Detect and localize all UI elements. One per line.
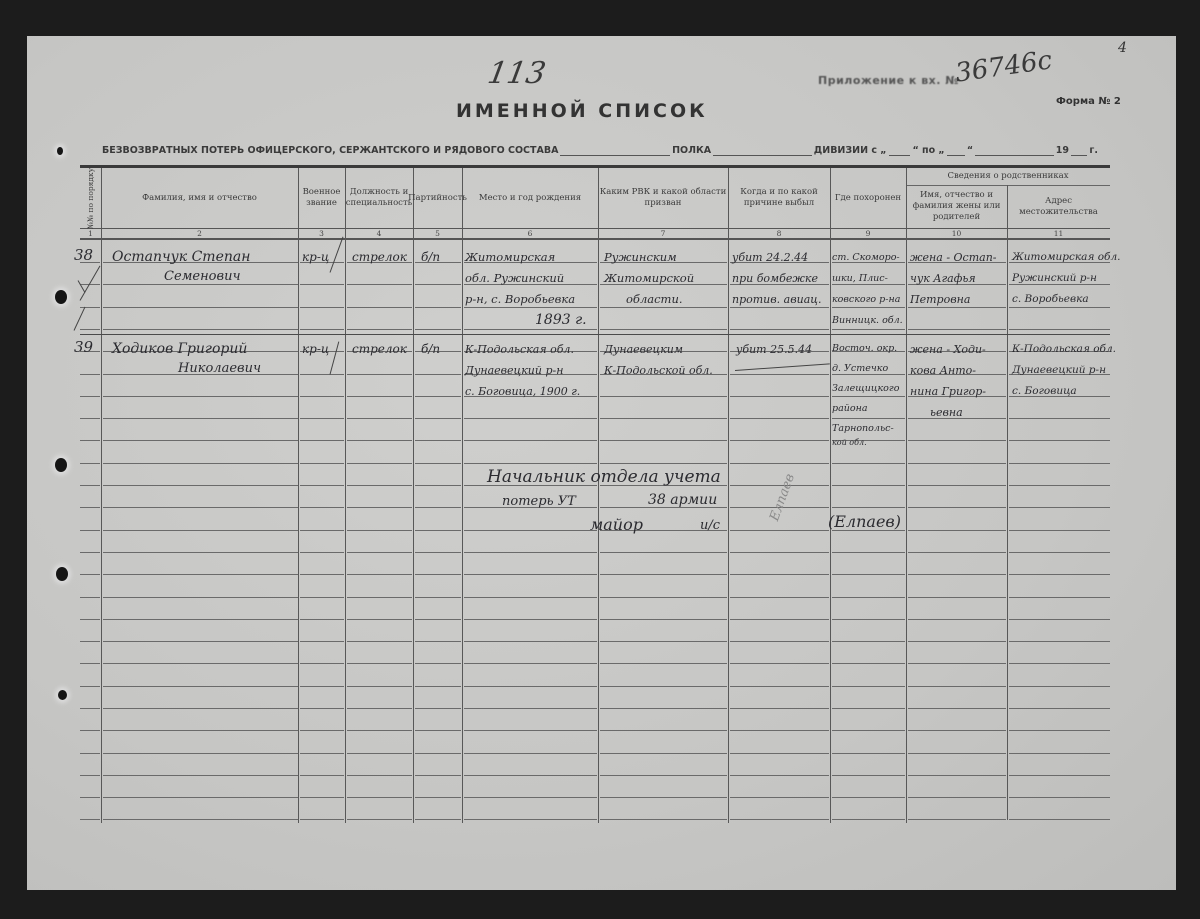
ruled-line: [103, 753, 298, 754]
ruled-line: [1009, 418, 1110, 419]
row-38-name: Остапчук Степан Семенович: [112, 247, 250, 287]
ruled-line: [415, 819, 461, 820]
ruled-line: [600, 329, 727, 330]
ruled-line: [300, 663, 344, 664]
ruled-line: [415, 463, 461, 464]
subtitle-regiment: ПОЛКА: [670, 145, 713, 156]
colnum-divider: [80, 238, 1110, 240]
ruled-line: [415, 619, 461, 620]
ruled-line: [464, 663, 597, 664]
ruled-line: [730, 329, 829, 330]
colnum-2: 2: [101, 229, 298, 238]
colnum-4: 4: [345, 229, 413, 238]
ruled-line: [80, 686, 100, 687]
ruled-line: [80, 507, 100, 508]
col-line: [101, 168, 102, 823]
ruled-line: [415, 708, 461, 709]
subtitle-to: “ по „: [910, 145, 946, 156]
header-col-10: Имя, отчество и фамилия жены или родител…: [906, 185, 1007, 228]
colnum-8: 8: [728, 229, 830, 238]
ruled-line: [347, 619, 412, 620]
ruled-line: [300, 797, 344, 798]
ruled-line: [347, 374, 412, 375]
ruled-line: [415, 530, 461, 531]
ruled-line: [80, 753, 100, 754]
row-39-position: стрелок: [352, 339, 407, 359]
ruled-line: [415, 440, 461, 441]
row-38-number: 38: [74, 246, 93, 264]
ruled-line: [80, 730, 100, 731]
header-col-6: Место и год рождения: [462, 168, 598, 228]
row-38-when-why: убит 24.2.44 при бомбежке против. авиац.: [732, 247, 821, 310]
ruled-line: [600, 597, 727, 598]
ruled-line: [415, 775, 461, 776]
ruled-line: [730, 775, 829, 776]
ruled-line: [80, 396, 100, 397]
ruled-line: [300, 307, 344, 308]
punch-hole: [57, 147, 63, 155]
ruled-line: [415, 753, 461, 754]
ruled-line: [415, 797, 461, 798]
ruled-line: [80, 641, 100, 642]
ruled-line: [103, 619, 298, 620]
ruled-line: [730, 530, 829, 531]
ruled-line: [300, 463, 344, 464]
row-39-number: 39: [74, 338, 93, 356]
ruled-line: [464, 708, 597, 709]
ruled-line: [103, 552, 298, 553]
ruled-line: [908, 730, 1006, 731]
ruled-line: [600, 396, 727, 397]
ruled-line: [600, 663, 727, 664]
ruled-line: [80, 485, 100, 486]
ruled-line: [730, 730, 829, 731]
header-col-3: Военное звание: [298, 168, 345, 228]
ruled-line: [832, 663, 905, 664]
ruled-line: [347, 597, 412, 598]
ruled-line: [103, 819, 298, 820]
ruled-line: [300, 396, 344, 397]
ruled-line: [908, 819, 1006, 820]
ruled-line: [1009, 797, 1110, 798]
ruled-line: [600, 552, 727, 553]
ruled-line: [347, 552, 412, 553]
ruled-line: [415, 307, 461, 308]
col-line: [1007, 185, 1008, 820]
ruled-line: [347, 418, 412, 419]
ruled-line: [464, 819, 597, 820]
ruled-line: [464, 730, 597, 731]
ruled-line: [908, 797, 1006, 798]
ruled-line: [1009, 552, 1110, 553]
ruled-line: [464, 597, 597, 598]
signature-rank: майор: [590, 515, 643, 534]
stamp-text: Приложение к вх. №: [818, 74, 959, 87]
ruled-line: [103, 530, 298, 531]
ruled-line: [464, 619, 597, 620]
colnum-1: 1: [80, 229, 101, 238]
ruled-line: [103, 440, 298, 441]
ruled-line: [80, 797, 100, 798]
form-label: Форма № 2: [1056, 96, 1121, 107]
ruled-line: [415, 374, 461, 375]
ruled-line: [415, 663, 461, 664]
ruled-line: [415, 507, 461, 508]
subtitle-quote: “: [965, 145, 975, 156]
ruled-line: [347, 440, 412, 441]
ruled-line: [347, 730, 412, 731]
ruled-line: [300, 284, 344, 285]
ruled-line: [415, 730, 461, 731]
ruled-line: [730, 440, 829, 441]
col-line: [462, 168, 463, 823]
ruled-line: [908, 507, 1006, 508]
ruled-line: [300, 686, 344, 687]
ruled-line: [832, 574, 905, 575]
ruled-line: [730, 663, 829, 664]
ruled-line: [300, 775, 344, 776]
colnum-6: 6: [462, 229, 598, 238]
ruled-line: [1009, 753, 1110, 754]
ruled-line: [600, 730, 727, 731]
ruled-line: [347, 775, 412, 776]
ruled-line: [600, 797, 727, 798]
header-col-4: Должность и специальность: [345, 168, 413, 228]
ruled-line: [1009, 597, 1110, 598]
ruled-line: [103, 574, 298, 575]
ruled-line: [347, 686, 412, 687]
ruled-line: [600, 708, 727, 709]
ruled-line: [300, 374, 344, 375]
signature-title-line2-left: потерь УТ: [502, 494, 576, 509]
ruled-line: [80, 574, 100, 575]
ruled-line: [80, 819, 100, 820]
ruled-line: [1009, 708, 1110, 709]
ruled-line: [600, 753, 727, 754]
ruled-line: [300, 619, 344, 620]
ruled-line: [464, 418, 597, 419]
ruled-line: [600, 418, 727, 419]
ruled-line: [415, 597, 461, 598]
ruled-line: [103, 730, 298, 731]
ruled-line: [80, 775, 100, 776]
row-39-buried: Восточ. окр. д. Устечко Залещицкого райо…: [832, 339, 899, 447]
header-relatives-group: Сведения о родственниках: [906, 168, 1110, 185]
ruled-line: [730, 374, 829, 375]
header-col-2: Фамилия, имя и отчество: [101, 168, 298, 228]
ruled-line: [600, 619, 727, 620]
ruled-line: [300, 574, 344, 575]
ruled-line: [347, 463, 412, 464]
ruled-line: [347, 753, 412, 754]
ruled-line: [908, 686, 1006, 687]
ruled-line: [300, 418, 344, 419]
ruled-line: [300, 329, 344, 330]
ruled-line: [908, 329, 1006, 330]
ruled-line: [103, 686, 298, 687]
ruled-line: [103, 641, 298, 642]
ruled-line: [80, 708, 100, 709]
ruled-line: [908, 641, 1006, 642]
ruled-line: [464, 440, 597, 441]
ruled-line: [103, 485, 298, 486]
row-38-rvk: Ружинским Житомирской области.: [604, 247, 694, 310]
ruled-line: [730, 396, 829, 397]
header-col-1: №№ по порядку: [80, 168, 101, 228]
ruled-line: [600, 641, 727, 642]
ruled-line: [103, 329, 298, 330]
ruled-line: [300, 708, 344, 709]
subtitle-year: 19: [1054, 145, 1071, 156]
ruled-line: [347, 574, 412, 575]
ruled-line: [832, 686, 905, 687]
col-line: [830, 168, 831, 823]
ruled-line: [415, 396, 461, 397]
subtitle-division: ДИВИЗИИ с „: [812, 145, 889, 156]
ruled-line: [80, 463, 100, 464]
ruled-line: [730, 463, 829, 464]
regiment-blank: [560, 145, 670, 156]
row-39-name: Ходиков Григорий Николаевич: [112, 339, 261, 379]
ruled-line: [908, 552, 1006, 553]
entry-separator: [80, 334, 1110, 335]
ruled-line: [347, 284, 412, 285]
ruled-line: [300, 753, 344, 754]
ruled-line: [464, 641, 597, 642]
ruled-line: [415, 329, 461, 330]
row-39-when-why: убит 25.5.44: [736, 339, 812, 360]
ruled-line: [103, 418, 298, 419]
ruled-line: [1009, 730, 1110, 731]
page-title: ИМЕННОЙ СПИСОК: [456, 100, 708, 122]
row-39-birth: К-Подольская обл. Дунаевецкий р-н с. Бог…: [465, 339, 580, 402]
row-38-relative: жена - Остап- чук Агафья Петровна: [910, 247, 997, 310]
ruled-line: [730, 753, 829, 754]
handwritten-sheet-number: 113: [485, 56, 548, 91]
ruled-line: [103, 597, 298, 598]
ruled-line: [103, 663, 298, 664]
page-number: 4: [1118, 40, 1127, 56]
ruled-line: [80, 329, 100, 330]
ruled-line: [832, 463, 905, 464]
ruled-line: [464, 775, 597, 776]
ruled-line: [600, 463, 727, 464]
ruled-line: [300, 597, 344, 598]
ruled-line: [730, 574, 829, 575]
row-38-buried: ст. Скоморо- шки, Плис- ковского р-на Ви…: [832, 247, 903, 331]
ruled-line: [1009, 819, 1110, 820]
header-col-9: Где похоронен: [830, 168, 906, 228]
ruled-line: [832, 819, 905, 820]
punch-hole: [56, 567, 68, 581]
ruled-line: [464, 530, 597, 531]
colnum-7: 7: [598, 229, 728, 238]
ruled-line: [832, 797, 905, 798]
ruled-line: [464, 753, 597, 754]
ruled-line: [347, 485, 412, 486]
col-line: [728, 168, 729, 823]
col-line: [598, 168, 599, 823]
ruled-line: [730, 619, 829, 620]
ruled-line: [80, 530, 100, 531]
signature-title-line2-right: 38 армии: [648, 492, 717, 508]
header-col-7: Каким РВК и какой области призван: [598, 168, 728, 228]
ruled-line: [600, 775, 727, 776]
ruled-line: [1009, 686, 1110, 687]
ruled-line: [1009, 775, 1110, 776]
punch-hole: [55, 290, 67, 304]
ruled-line: [1009, 507, 1110, 508]
colnum-11: 11: [1007, 229, 1110, 238]
date-from-blank: [889, 145, 911, 156]
ruled-line: [464, 797, 597, 798]
ruled-line: [600, 686, 727, 687]
signature-title-line1: Начальник отдела учета: [487, 467, 721, 487]
ruled-line: [908, 463, 1006, 464]
ruled-line: [730, 418, 829, 419]
ruled-line: [415, 641, 461, 642]
ruled-line: [908, 597, 1006, 598]
subtitle-losses: БЕЗВОЗВРАТНЫХ ПОТЕРЬ ОФИЦЕРСКОГО, СЕРЖАН…: [100, 145, 560, 156]
ruled-line: [103, 463, 298, 464]
ruled-line: [347, 396, 412, 397]
colnum-9: 9: [830, 229, 906, 238]
ruled-line: [832, 552, 905, 553]
ruled-line: [730, 708, 829, 709]
ruled-line: [80, 663, 100, 664]
colnum-5: 5: [413, 229, 462, 238]
ruled-line: [415, 574, 461, 575]
ruled-line: [103, 797, 298, 798]
ruled-line: [1009, 619, 1110, 620]
row-38-party: б/п: [421, 247, 440, 267]
ruled-line: [347, 663, 412, 664]
ruled-line: [300, 641, 344, 642]
ruled-line: [103, 396, 298, 397]
ruled-line: [1009, 663, 1110, 664]
ruled-line: [464, 552, 597, 553]
ruled-line: [730, 597, 829, 598]
row-39-party: б/п: [421, 339, 440, 359]
ruled-line: [80, 619, 100, 620]
ruled-line: [600, 574, 727, 575]
ruled-line: [464, 463, 597, 464]
ruled-line: [103, 307, 298, 308]
ruled-line: [908, 708, 1006, 709]
ruled-line: [1009, 641, 1110, 642]
ruled-line: [415, 485, 461, 486]
ruled-line: [347, 507, 412, 508]
ruled-line: [730, 641, 829, 642]
ruled-line: [347, 307, 412, 308]
ruled-line: [347, 641, 412, 642]
ruled-line: [1009, 440, 1110, 441]
ruled-line: [832, 753, 905, 754]
ruled-line: [347, 819, 412, 820]
ruled-line: [1009, 485, 1110, 486]
ruled-line: [464, 686, 597, 687]
ruled-line: [300, 552, 344, 553]
ruled-line: [730, 819, 829, 820]
ruled-line: [908, 663, 1006, 664]
ruled-line: [600, 819, 727, 820]
ruled-line: [347, 708, 412, 709]
ruled-line: [730, 797, 829, 798]
col-line: [345, 168, 346, 823]
ruled-line: [80, 418, 100, 419]
ruled-line: [832, 730, 905, 731]
ruled-line: [415, 284, 461, 285]
ruled-line: [103, 507, 298, 508]
ruled-line: [908, 753, 1006, 754]
ruled-line: [908, 440, 1006, 441]
ruled-line: [600, 440, 727, 441]
row-39-address: К-Подольская обл. Дунаевецкий р-н с. Бог…: [1012, 339, 1116, 402]
ruled-line: [80, 552, 100, 553]
ruled-line: [832, 708, 905, 709]
ruled-line: [1009, 530, 1110, 531]
ruled-line: [832, 775, 905, 776]
ruled-line: [415, 686, 461, 687]
ruled-line: [300, 819, 344, 820]
row-38-position: стрелок: [352, 247, 407, 267]
ruled-line: [80, 597, 100, 598]
ruled-line: [832, 619, 905, 620]
ruled-line: [908, 485, 1006, 486]
row-39-rank: кр-ц: [302, 339, 329, 359]
header-col-8: Когда и по какой причине выбыл: [728, 168, 830, 228]
division-blank: [713, 145, 812, 156]
ruled-line: [347, 797, 412, 798]
ruled-line: [347, 329, 412, 330]
header-col-5: Партийность: [413, 168, 462, 228]
ruled-line: [300, 440, 344, 441]
ruled-line: [300, 507, 344, 508]
header-col-11: Адрес местожительства: [1007, 185, 1110, 228]
ruled-line: [908, 619, 1006, 620]
ruled-line: [730, 686, 829, 687]
punch-hole: [58, 690, 67, 700]
ruled-line: [415, 552, 461, 553]
signature-io: и/с: [700, 518, 720, 533]
ruled-line: [347, 530, 412, 531]
subtitle-g: г.: [1087, 145, 1100, 156]
row-39-rvk: Дунаевецким К-Подольской обл.: [604, 339, 713, 381]
ruled-line: [908, 574, 1006, 575]
col-line: [298, 168, 299, 823]
ruled-line: [832, 597, 905, 598]
ruled-line: [1009, 574, 1110, 575]
ruled-line: [80, 440, 100, 441]
date-to-blank: [947, 145, 965, 156]
ruled-line: [908, 775, 1006, 776]
colnum-10: 10: [906, 229, 1007, 238]
colnum-3: 3: [298, 229, 345, 238]
ruled-line: [832, 641, 905, 642]
ruled-line: [832, 507, 905, 508]
row-39-relative: жена - Ходи- кова Анто- нина Григор- ьев…: [910, 339, 986, 423]
signature-name: (Елпаев): [828, 512, 901, 531]
row-38-birth: Житомирская обл. Ружинский р-н, с. Вороб…: [465, 247, 587, 331]
ruled-line: [103, 708, 298, 709]
ruled-line: [415, 418, 461, 419]
year-blank: [1071, 145, 1087, 156]
col-line: [906, 168, 907, 823]
month-blank: [975, 145, 1054, 156]
ruled-line: [832, 485, 905, 486]
ruled-line: [1009, 463, 1110, 464]
row-38-rank: кр-ц: [302, 247, 329, 267]
